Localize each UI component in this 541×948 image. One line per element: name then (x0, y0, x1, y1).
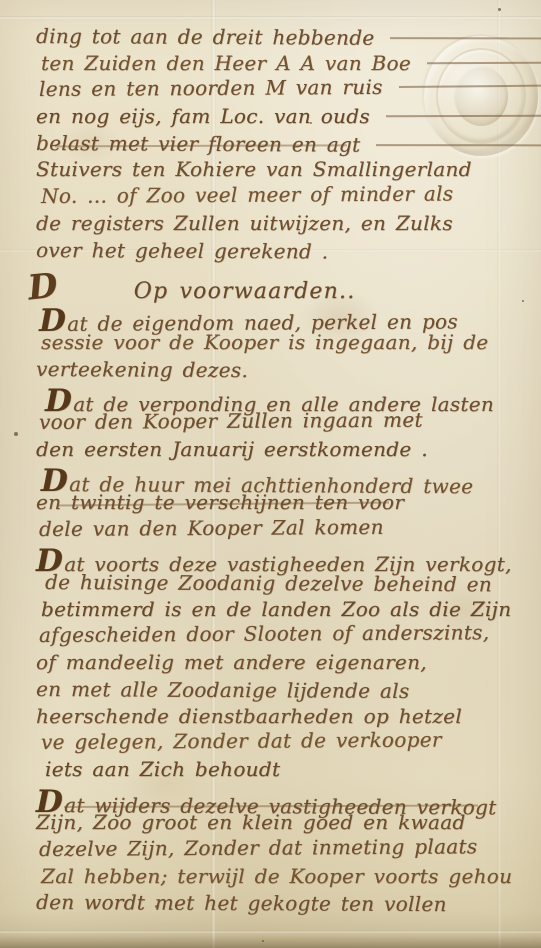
manuscript-line: dele van den Kooper Zal komen (39, 514, 541, 544)
manuscript-line: de registers Zullen uitwijzen, en Zulks (36, 211, 541, 238)
manuscript-line: afgescheiden door Slooten of anderszints… (39, 620, 541, 650)
manuscript-line: verteekening dezes. (36, 357, 541, 386)
line-text: belast met vier floreen en agt (36, 131, 361, 157)
manuscript-line: sessie voor de Kooper is ingegaan, bij d… (41, 330, 541, 357)
fold-crease-horizontal (0, 16, 541, 20)
manuscript-line: over het geheel gerekend . (36, 238, 541, 267)
line-text: over het geheel gerekend . (36, 238, 328, 264)
ink-speck (14, 432, 18, 436)
manuscript-line: of mandeelig met andere eigenaren, (36, 650, 541, 677)
line-text: dezelve Zijn, Zonder dat inmeting plaats (39, 834, 478, 861)
line-text: voor den Kooper Zullen ingaan met (39, 408, 423, 434)
line-text: Stuivers ten Kohiere van Smallingerland (36, 157, 472, 181)
manuscript-line: voor den Kooper Zullen ingaan met (39, 407, 541, 437)
line-text: en nog eijs, fam Loc. van ouds (36, 104, 370, 128)
section-heading: DOp voorwaarden.. (36, 267, 541, 301)
line-filler-rule (399, 85, 541, 88)
line-text: den wordt met het gekogte ten vollen (36, 890, 447, 916)
line-text: afgescheiden door Slooten of anderszints… (39, 621, 489, 648)
line-filler-rule (386, 115, 541, 118)
manuscript-line: No. ... of Zoo veel meer of minder als (41, 181, 541, 211)
manuscript-line: dezelve Zijn, Zonder dat inmeting plaats (39, 834, 541, 864)
line-text: ve gelegen, Zonder dat de verkooper (41, 728, 442, 754)
manuscript-line: iets aan Zich behoudt (45, 757, 541, 784)
manuscript-line: de huisinge Zoodanig dezelve beheind en (45, 570, 541, 599)
manuscript-line: belast met vier floreen en agt (36, 131, 541, 160)
manuscript-line: ten Zuiden den Heer A A van Boe (41, 51, 541, 78)
manuscript-line: den eersten Januarij eerstkomende . (36, 437, 541, 464)
line-text: en twintig te verschijnen ten voor (36, 490, 404, 514)
manuscript-line: Dat de eigendom naed, perkel en pos (39, 300, 541, 330)
manuscript-line: Dat de huur mei achttienhonderd twee (41, 463, 541, 492)
line-filler-rule (390, 37, 541, 39)
manuscript-line: heerschende dienstbaarheden op hetzel (36, 704, 541, 731)
line-text: ten Zuiden den Heer A A van Boe (41, 51, 411, 75)
manuscript-line: Dat wijders dezelve vastigheeden verkogt (36, 784, 541, 813)
fold-crease-horizontal (0, 930, 541, 934)
ink-speck (262, 940, 264, 942)
line-filler-rule (376, 144, 541, 146)
manuscript-line: ding tot aan de dreit hebbende (36, 24, 541, 53)
line-text: Zijn, Zoo groot en klein goed en kwaad (36, 810, 466, 834)
line-text: de registers Zullen uitwijzen, en Zulks (36, 211, 453, 235)
line-text: lens en ten noorden M van ruis (39, 75, 383, 101)
ink-speck (498, 8, 501, 11)
manuscript-line: Dat de verponding en alle andere lasten (45, 383, 541, 410)
paper-bottom-edge-shadow (0, 935, 541, 948)
manuscript-line: ve gelegen, Zonder dat de verkooper (41, 727, 541, 757)
manuscript-line: Dat voorts deze vastigheeden Zijn verkog… (36, 543, 541, 570)
manuscript-line: en met alle Zoodanige lijdende als (36, 677, 541, 706)
line-text: de huisinge Zoodanig dezelve beheind en (45, 570, 492, 596)
manuscript-line: Zal hebben; terwijl de Kooper voorts geh… (41, 864, 541, 891)
line-text: den eersten Januarij eerstkomende . (36, 437, 428, 461)
manuscript-text: ding tot aan de dreit hebbendeten Zuiden… (36, 24, 541, 917)
line-text: No. ... of Zoo veel meer of minder als (41, 182, 453, 209)
manuscript-line: Zijn, Zoo groot en klein goed en kwaad (36, 810, 541, 837)
line-text: of mandeelig met andere eigenaren, (36, 650, 427, 674)
line-text: Zal hebben; terwijl de Kooper voorts geh… (41, 864, 512, 888)
line-text: verteekening dezes. (36, 357, 248, 382)
manuscript-line: en nog eijs, fam Loc. van ouds (36, 104, 541, 131)
line-filler-rule (427, 62, 541, 64)
line-text: heerschende dienstbaarheden op hetzel (36, 704, 462, 728)
line-text: betimmerd is en de landen Zoo als die Zi… (41, 597, 511, 621)
manuscript-line: den wordt met het gekogte ten vollen (36, 890, 541, 919)
line-text: ding tot aan de dreit hebbende (36, 24, 375, 50)
line-text: iets aan Zich behoudt (45, 757, 280, 781)
manuscript-line: lens en ten noorden M van ruis (39, 74, 541, 104)
manuscript-page: ding tot aan de dreit hebbendeten Zuiden… (0, 0, 541, 948)
line-text: sessie voor de Kooper is ingegaan, bij d… (41, 330, 488, 354)
manuscript-line: Stuivers ten Kohiere van Smallingerland (36, 157, 541, 184)
line-text: en met alle Zoodanige lijdende als (36, 677, 410, 703)
line-text: dele van den Kooper Zal komen (39, 515, 384, 541)
